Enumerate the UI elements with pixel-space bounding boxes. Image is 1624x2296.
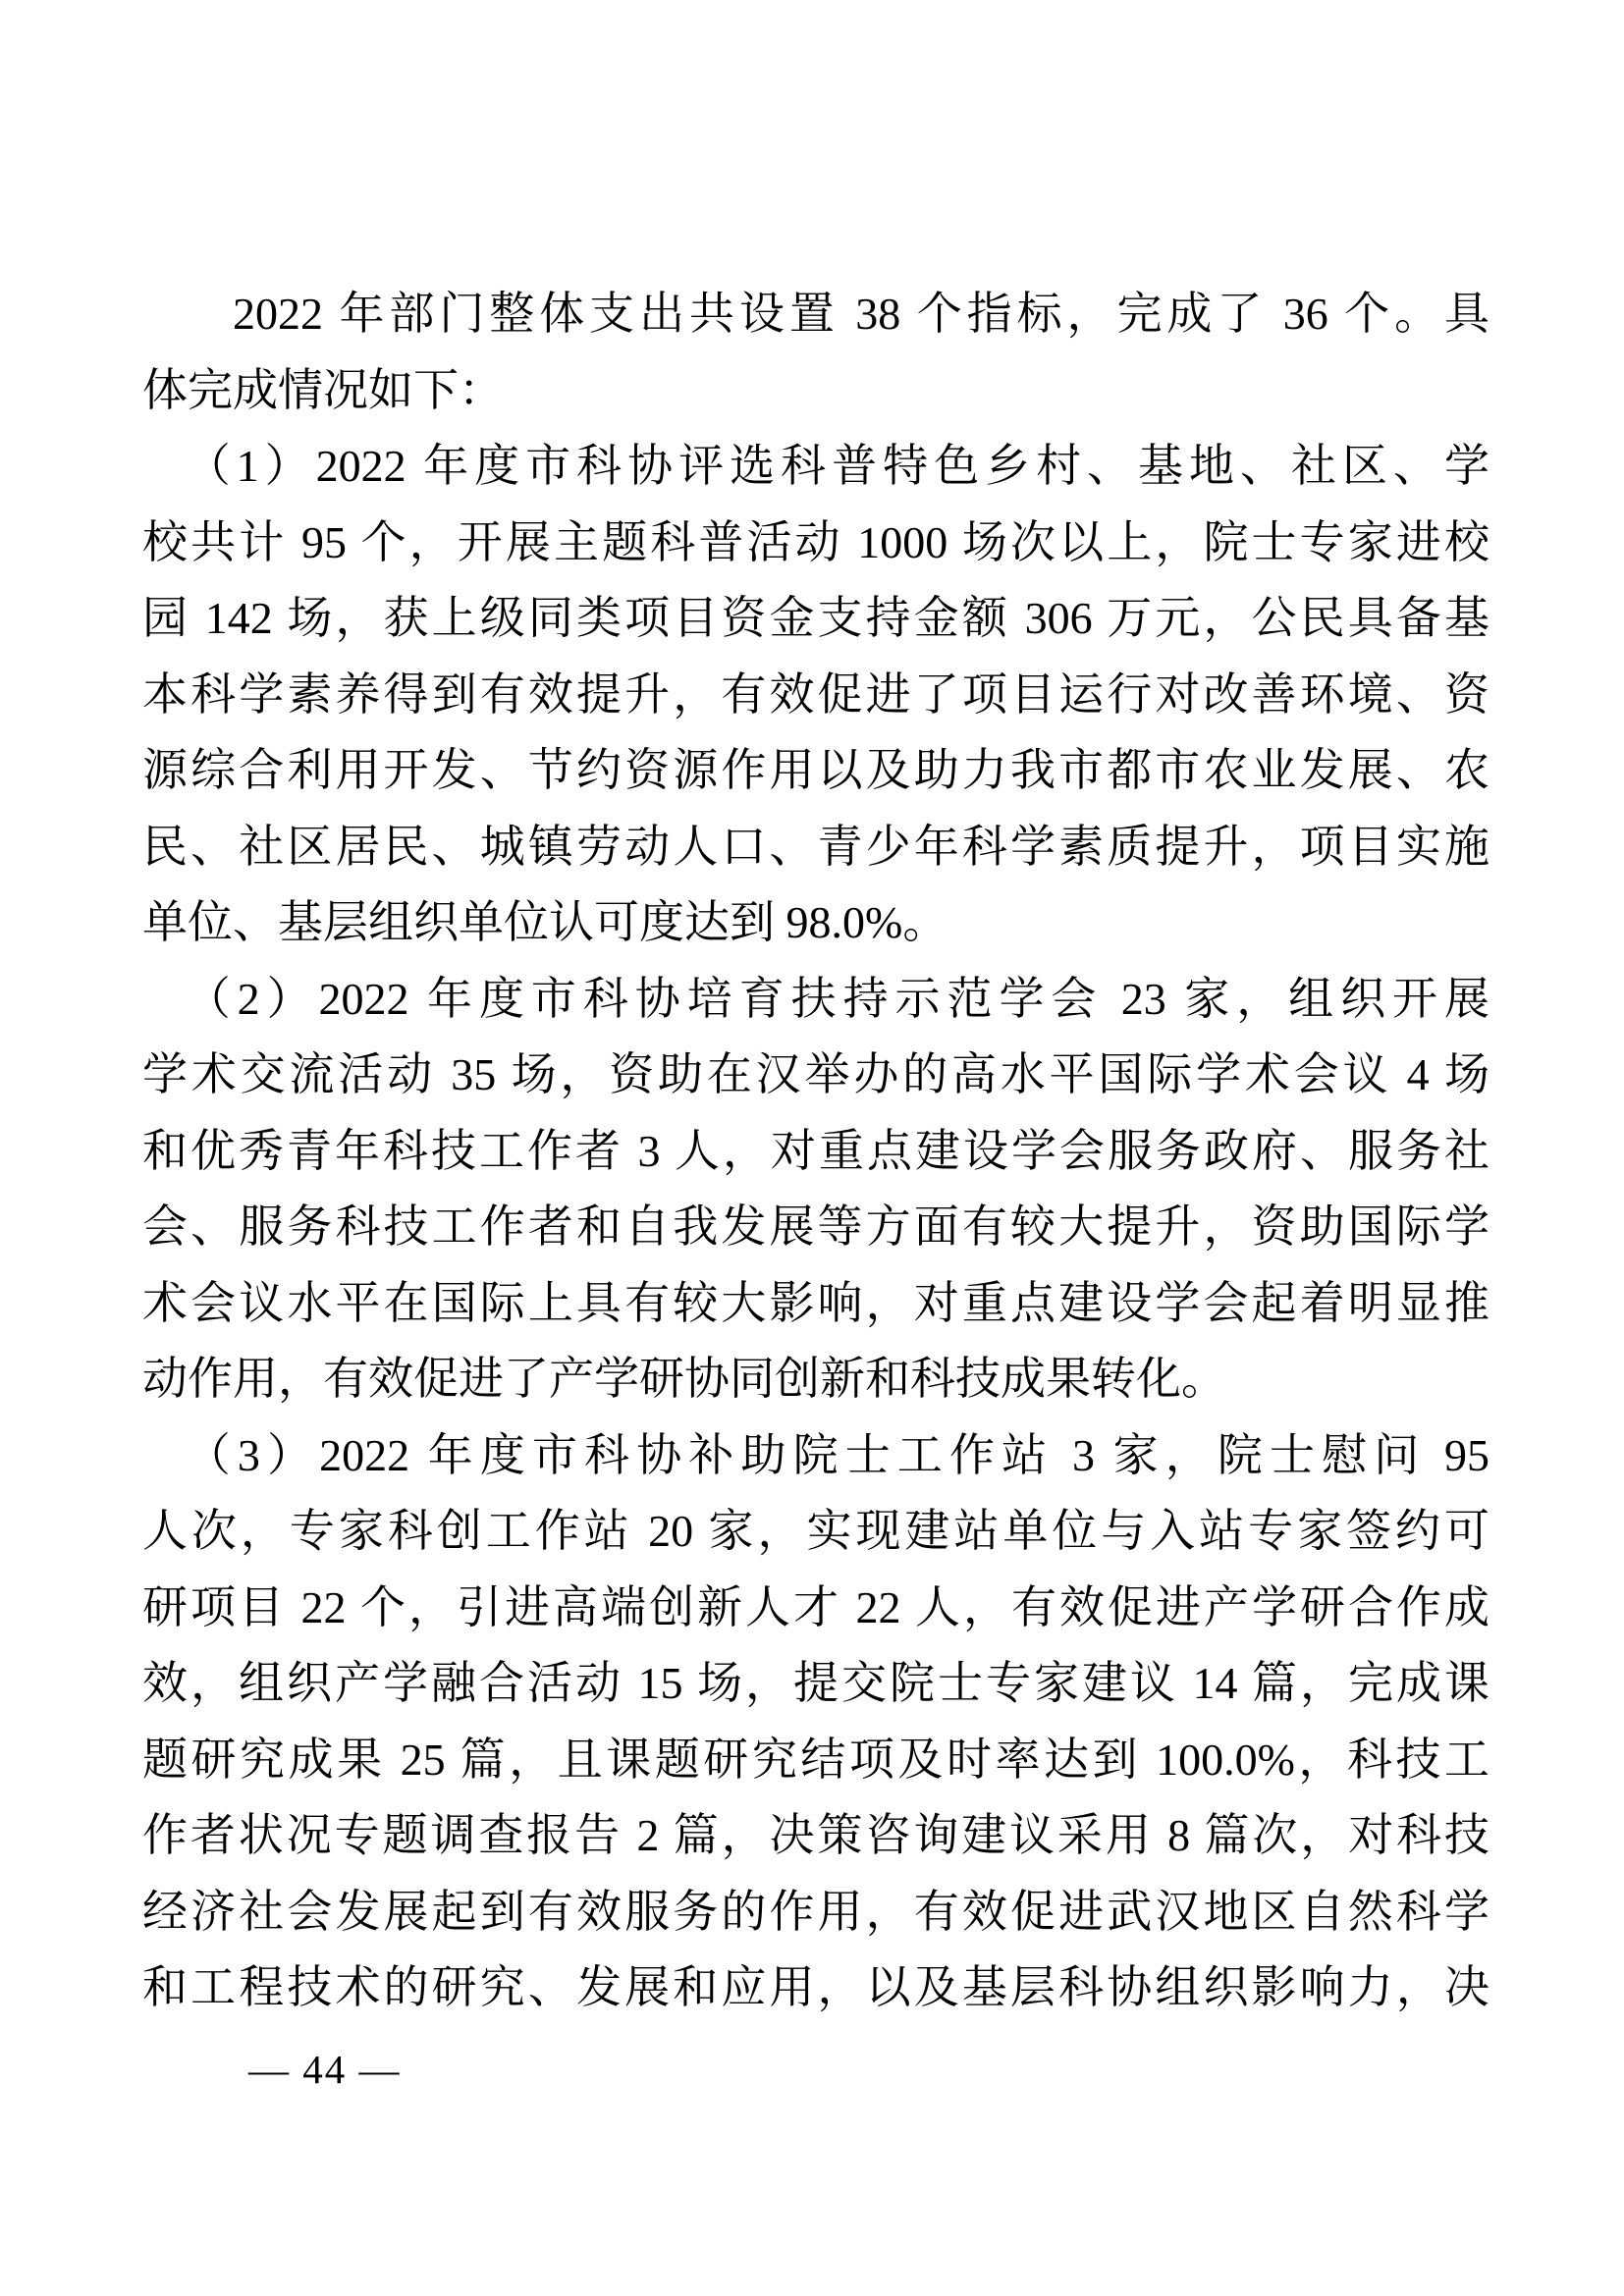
- text-line: 园 142 场，获上级同类项目资金支持金额 306 万元，公民具备基: [142, 580, 1489, 657]
- text-line: 人次，专家科创工作站 20 家，实现建站单位与入站专家签约可: [142, 1493, 1489, 1570]
- text-line: 效，组织产学融合活动 15 场，提交院士专家建议 14 篇，完成课: [142, 1645, 1489, 1722]
- text-line: （1）2022 年度市科协评选科普特色乡村、基地、社区、学: [142, 428, 1489, 505]
- text-line: 动作用，有效促进了产学研协同创新和科技成果转化。: [142, 1341, 1489, 1417]
- text-line: 作者状况专题调查报告 2 篇，决策咨询建议采用 8 篇次，对科技: [142, 1797, 1489, 1874]
- document-page: 2022 年部门整体支出共设置 38 个指标，完成了 36 个。具体完成情况如下…: [0, 0, 1624, 2296]
- text-line: 源综合利用开发、节约资源作用以及助力我市都市农业发展、农: [142, 732, 1489, 809]
- text-line: 民、社区居民、城镇劳动人口、青少年科学素质提升，项目实施: [142, 809, 1489, 885]
- text-line: 本科学素养得到有效提升，有效促进了项目运行对改善环境、资: [142, 657, 1489, 733]
- text-line: 学术交流活动 35 场，资助在汉举办的高水平国际学术会议 4 场: [142, 1037, 1489, 1113]
- text-line: （2）2022 年度市科协培育扶持示范学会 23 家，组织开展: [142, 961, 1489, 1038]
- numbered-paragraph: （3）2022 年度市科协补助院士工作站 3 家，院士慰问 95人次，专家科创工…: [142, 1417, 1489, 2026]
- text-line: 经济社会发展起到有效服务的作用，有效促进武汉地区自然科学: [142, 1874, 1489, 1950]
- text-line: 会、服务科技工作者和自我发展等方面有较大提升，资助国际学: [142, 1189, 1489, 1265]
- text-line: 单位、基层组织单位认可度达到 98.0%。: [142, 884, 1489, 961]
- document-body: 2022 年部门整体支出共设置 38 个指标，完成了 36 个。具体完成情况如下…: [142, 276, 1489, 2026]
- numbered-paragraph: （1）2022 年度市科协评选科普特色乡村、基地、社区、学校共计 95 个，开展…: [142, 428, 1489, 961]
- text-line: 研项目 22 个，引进高端创新人才 22 人，有效促进产学研合作成: [142, 1570, 1489, 1646]
- text-line: 校共计 95 个，开展主题科普活动 1000 场次以上，院士专家进校: [142, 505, 1489, 581]
- text-line: 题研究成果 25 篇，且课题研究结项及时率达到 100.0%，科技工: [142, 1722, 1489, 1798]
- text-line: 体完成情况如下：: [142, 352, 1489, 429]
- text-line: 和工程技术的研究、发展和应用，以及基层科协组织影响力，决: [142, 1949, 1489, 2026]
- text-line: （3）2022 年度市科协补助院士工作站 3 家，院士慰问 95: [142, 1417, 1489, 1494]
- numbered-paragraph: （2）2022 年度市科协培育扶持示范学会 23 家，组织开展学术交流活动 35…: [142, 961, 1489, 1417]
- paragraph: 2022 年部门整体支出共设置 38 个指标，完成了 36 个。具体完成情况如下…: [142, 276, 1489, 428]
- page-number: — 44 —: [248, 2045, 402, 2094]
- text-line: 术会议水平在国际上具有较大影响，对重点建设学会起着明显推: [142, 1265, 1489, 1342]
- text-line: 和优秀青年科技工作者 3 人，对重点建设学会服务政府、服务社: [142, 1113, 1489, 1190]
- text-line: 2022 年部门整体支出共设置 38 个指标，完成了 36 个。具: [142, 276, 1489, 352]
